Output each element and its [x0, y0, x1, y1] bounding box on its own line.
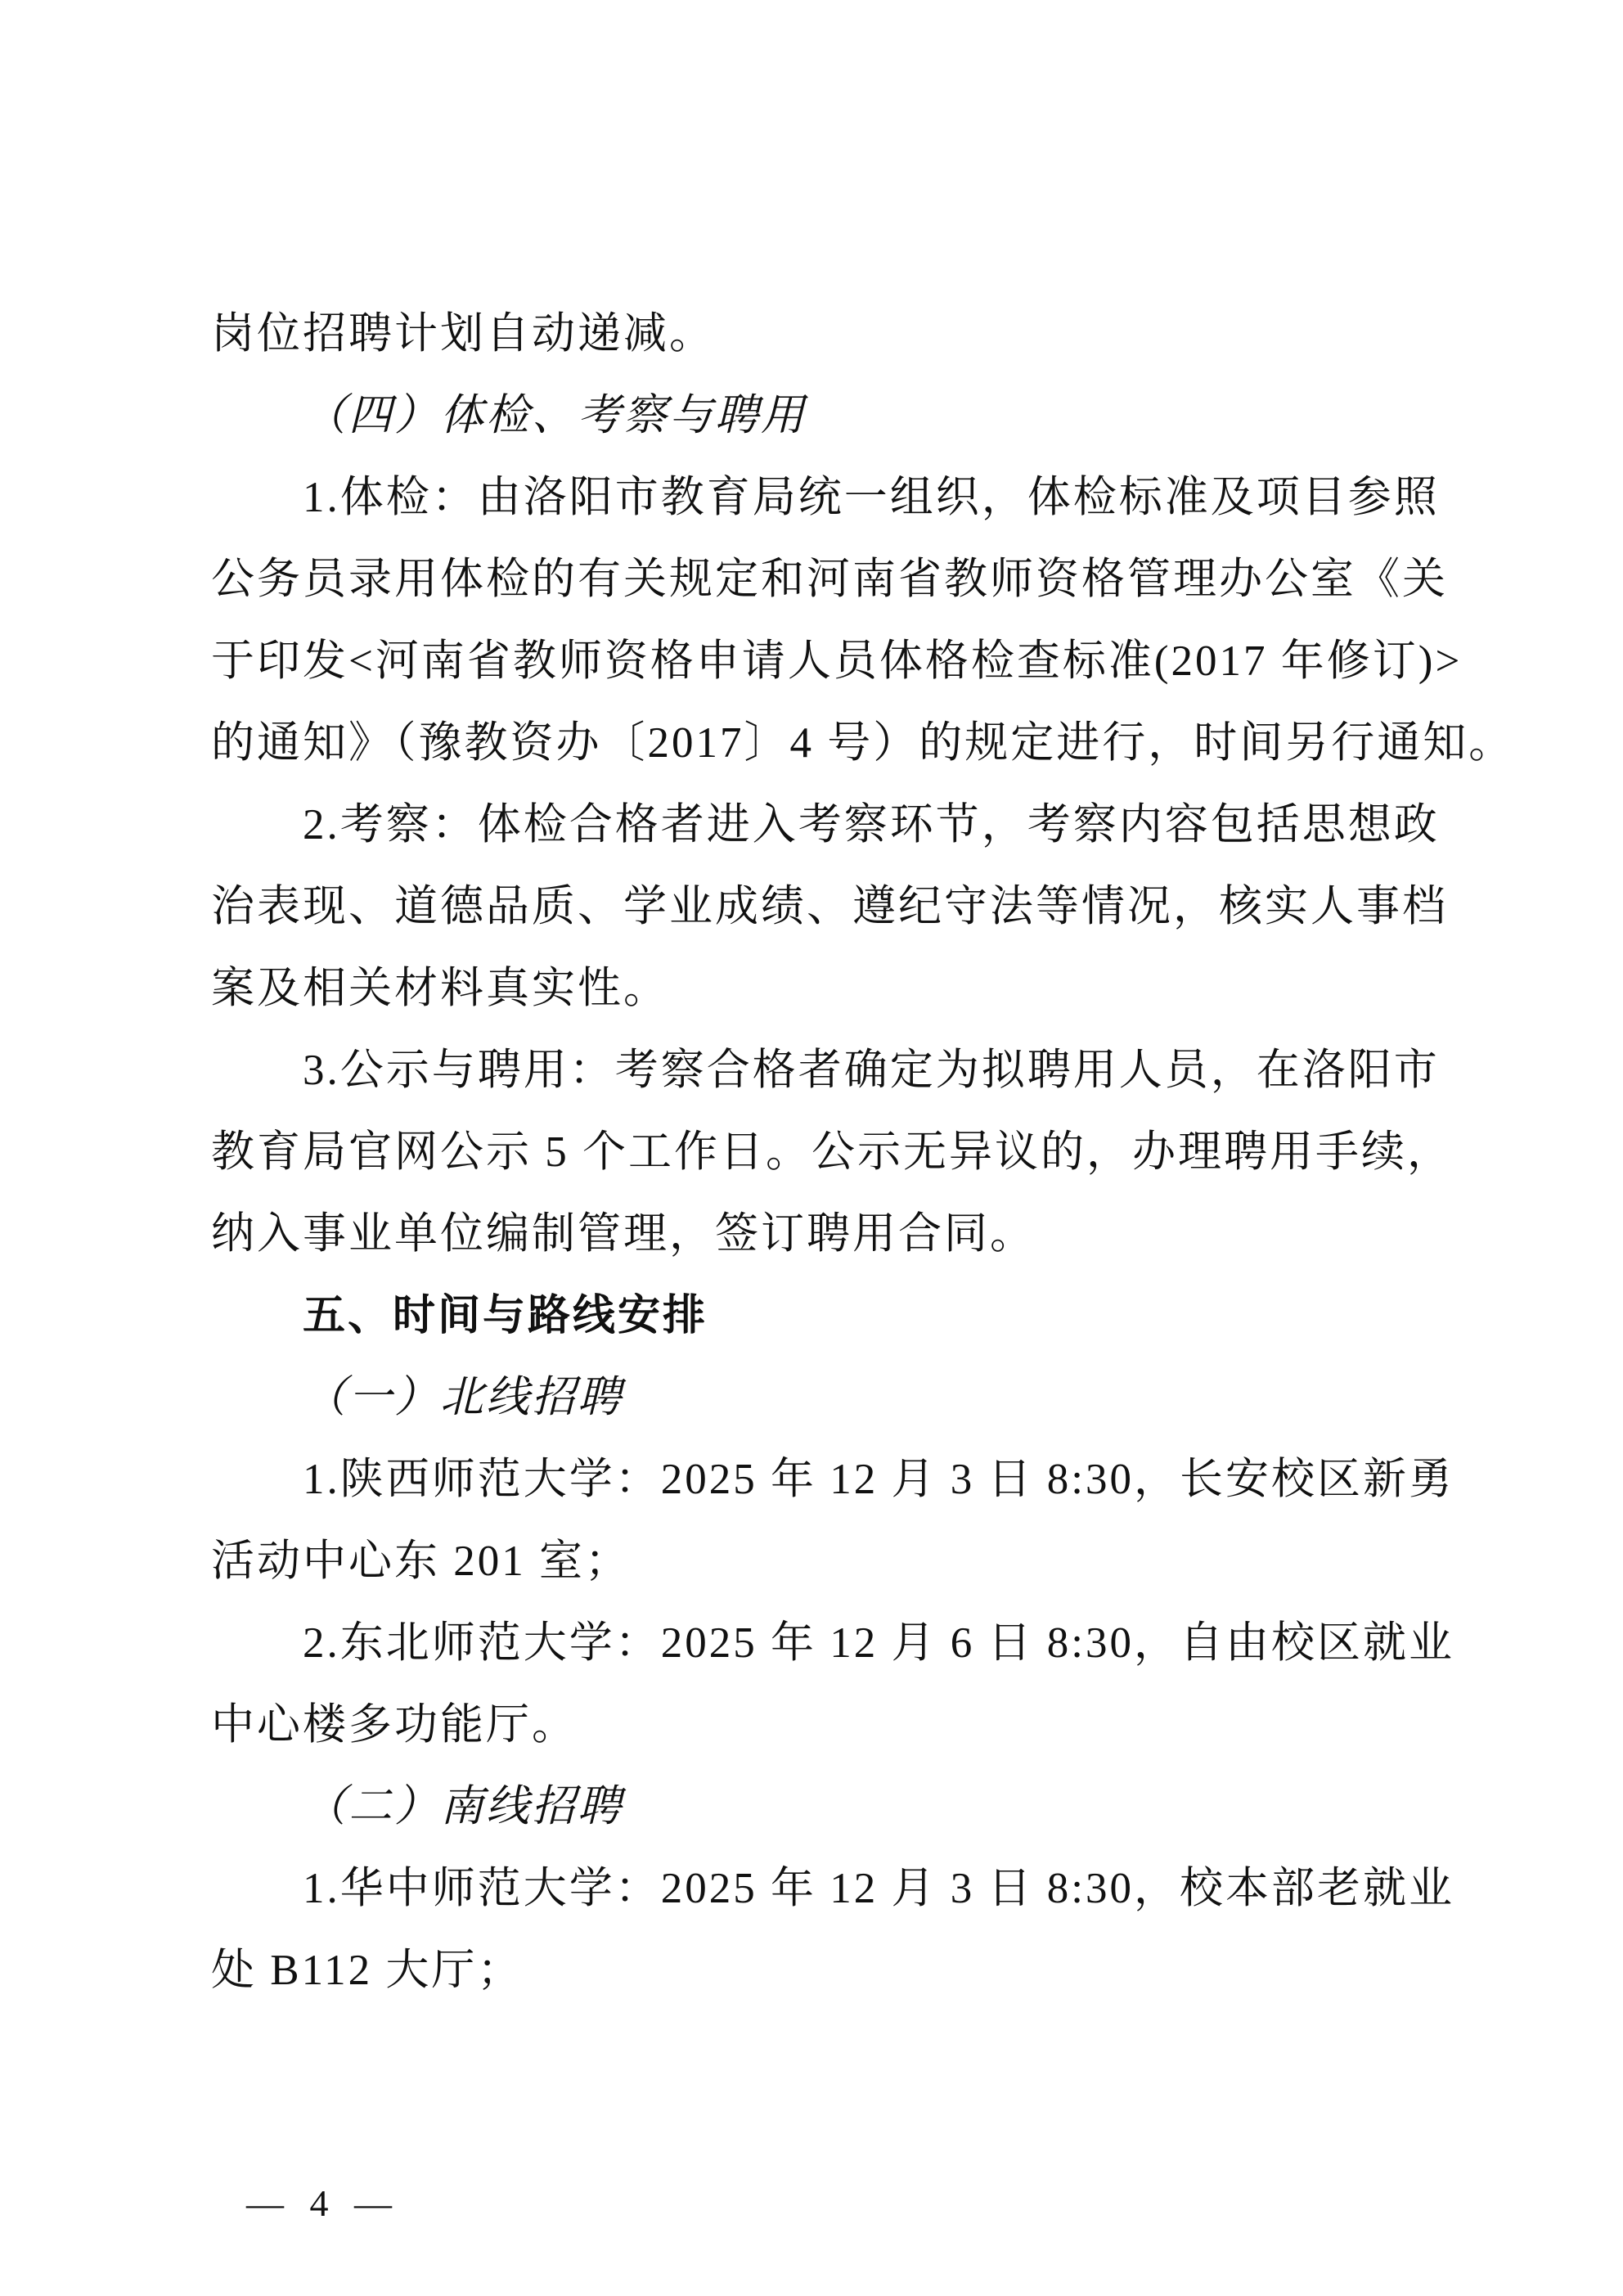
text-line: 五、时间与路线安排 — [211, 1275, 1459, 1357]
text-line: 1.体检：由洛阳市教育局统一组织，体检标准及项目参照 — [211, 457, 1459, 538]
document-body: 岗位招聘计划自动递减。 （四）体检、考察与聘用 1.体检：由洛阳市教育局统一组织… — [211, 293, 1459, 2011]
text-line: 中心楼多功能厅。 — [211, 1684, 1459, 1766]
text-line: （二）南线招聘 — [211, 1766, 1459, 1848]
text-line: 于印发<河南省教师资格申请人员体格检查标准(2017 年修订)> — [211, 620, 1459, 702]
text-line: （四）体检、考察与聘用 — [211, 375, 1459, 457]
document-page: { "page": { "background_color": "#ffffff… — [0, 0, 1623, 2296]
text-line: 岗位招聘计划自动递减。 — [211, 293, 1459, 375]
page-footer: — 4 — — [211, 2142, 1459, 2224]
text-line: 2.考察：体检合格者进入考察环节，考察内容包括思想政 — [211, 784, 1459, 866]
text-line: （一）北线招聘 — [211, 1357, 1459, 1438]
text-line: 活动中心东 201 室； — [211, 1520, 1459, 1602]
text-line: 教育局官网公示 5 个工作日。公示无异议的，办理聘用手续， — [211, 1111, 1459, 1193]
text-line: 1.陕西师范大学：2025 年 12 月 3 日 8:30，长安校区新勇 — [211, 1438, 1459, 1520]
text-line: 处 B112 大厅； — [211, 1929, 1459, 2011]
text-line: 治表现、道德品质、学业成绩、遵纪守法等情况，核实人事档 — [211, 866, 1459, 948]
text-line: 1.华中师范大学：2025 年 12 月 3 日 8:30，校本部老就业 — [211, 1848, 1459, 1929]
text-line: 纳入事业单位编制管理，签订聘用合同。 — [211, 1193, 1459, 1275]
text-line: 的通知》（豫教资办〔2017〕4 号）的规定进行，时间另行通知。 — [211, 702, 1459, 784]
text-line: 案及相关材料真实性。 — [211, 948, 1459, 1029]
text-line: 2.东北师范大学：2025 年 12 月 6 日 8:30，自由校区就业 — [211, 1602, 1459, 1684]
text-line: 公务员录用体检的有关规定和河南省教师资格管理办公室《关 — [211, 538, 1459, 620]
page-number: — 4 — — [246, 2182, 400, 2224]
text-line: 3.公示与聘用：考察合格者确定为拟聘用人员，在洛阳市 — [211, 1029, 1459, 1111]
